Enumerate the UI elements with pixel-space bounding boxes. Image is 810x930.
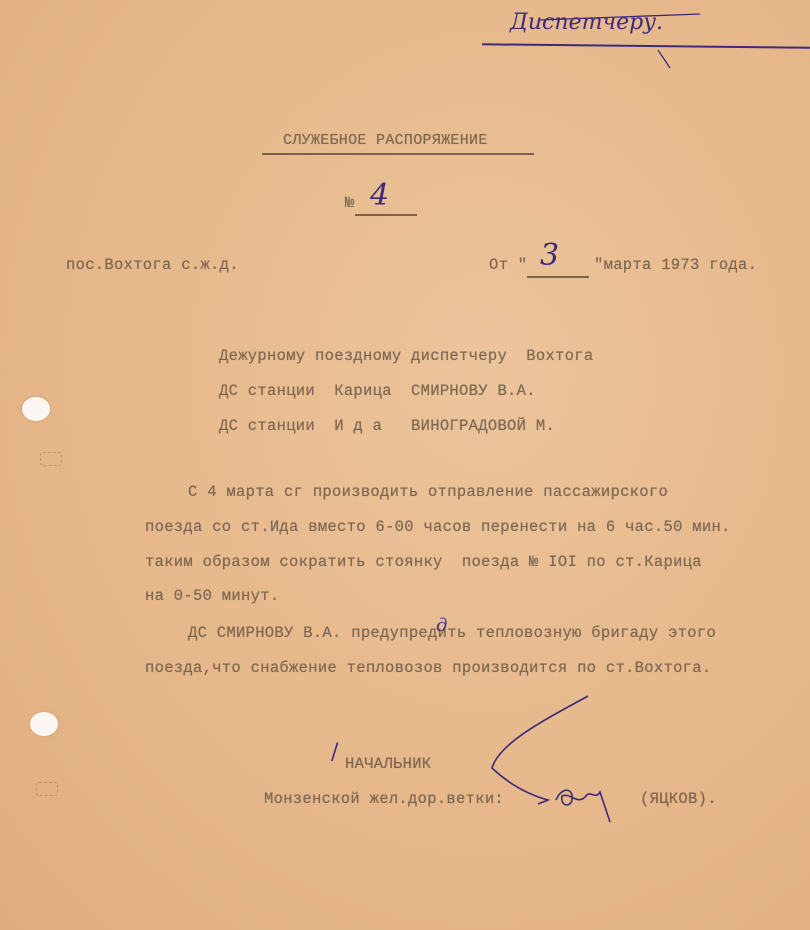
document-page: Диспетчеру. СЛУЖЕБНОЕ РАСПОРЯЖЕНИЕ № 4 п… bbox=[0, 0, 810, 930]
body-line: на 0-50 минут. bbox=[145, 587, 279, 605]
date-prefix: От " bbox=[489, 256, 527, 274]
punch-hole bbox=[30, 712, 58, 736]
document-title: СЛУЖЕБНОЕ РАСПОРЯЖЕНИЕ bbox=[283, 132, 488, 149]
number-label: № bbox=[345, 194, 355, 212]
body-line: ДС СМИРНОВУ В.А. предупредить тепловозну… bbox=[188, 624, 716, 642]
margin-mark bbox=[36, 782, 58, 796]
body-line: поезда со ст.Ида вместо 6-00 часов перен… bbox=[145, 518, 731, 536]
handwritten-correction: д bbox=[436, 615, 447, 636]
body-line: таким образом сократить стоянку поезда №… bbox=[145, 553, 702, 571]
tick-mark: / bbox=[331, 740, 338, 765]
date-suffix: "марта 1973 года. bbox=[594, 256, 757, 274]
body-line: поезда,что снабжение тепловозов производ… bbox=[145, 659, 712, 677]
title-underline bbox=[262, 153, 534, 155]
addressee-line: Дежурному поездному диспетчеру Вохтога bbox=[219, 347, 593, 365]
signatory-name: (ЯЦКОВ). bbox=[640, 790, 717, 808]
punch-hole bbox=[22, 397, 50, 421]
place-of-issue: пос.Вохтога с.ж.д. bbox=[66, 256, 239, 274]
number-underline bbox=[355, 214, 417, 216]
margin-mark bbox=[40, 452, 62, 466]
addressee-line: ДС станции Карица СМИРНОВУ В.А. bbox=[219, 382, 536, 400]
signatory-title: НАЧАЛЬНИК bbox=[345, 755, 431, 773]
body-line: С 4 марта сг производить отправление пас… bbox=[188, 483, 668, 501]
addressee-underline bbox=[482, 43, 810, 48]
date-underline bbox=[527, 276, 589, 278]
signatory-organization: Монзенской жел.дор.ветки: bbox=[264, 790, 504, 808]
addressee-line: ДС станции И д а ВИНОГРАДОВОЙ М. bbox=[219, 417, 555, 435]
order-number: 4 bbox=[370, 178, 389, 213]
date-day: 3 bbox=[540, 238, 559, 273]
handwritten-addressee: Диспетчеру. bbox=[510, 10, 663, 35]
